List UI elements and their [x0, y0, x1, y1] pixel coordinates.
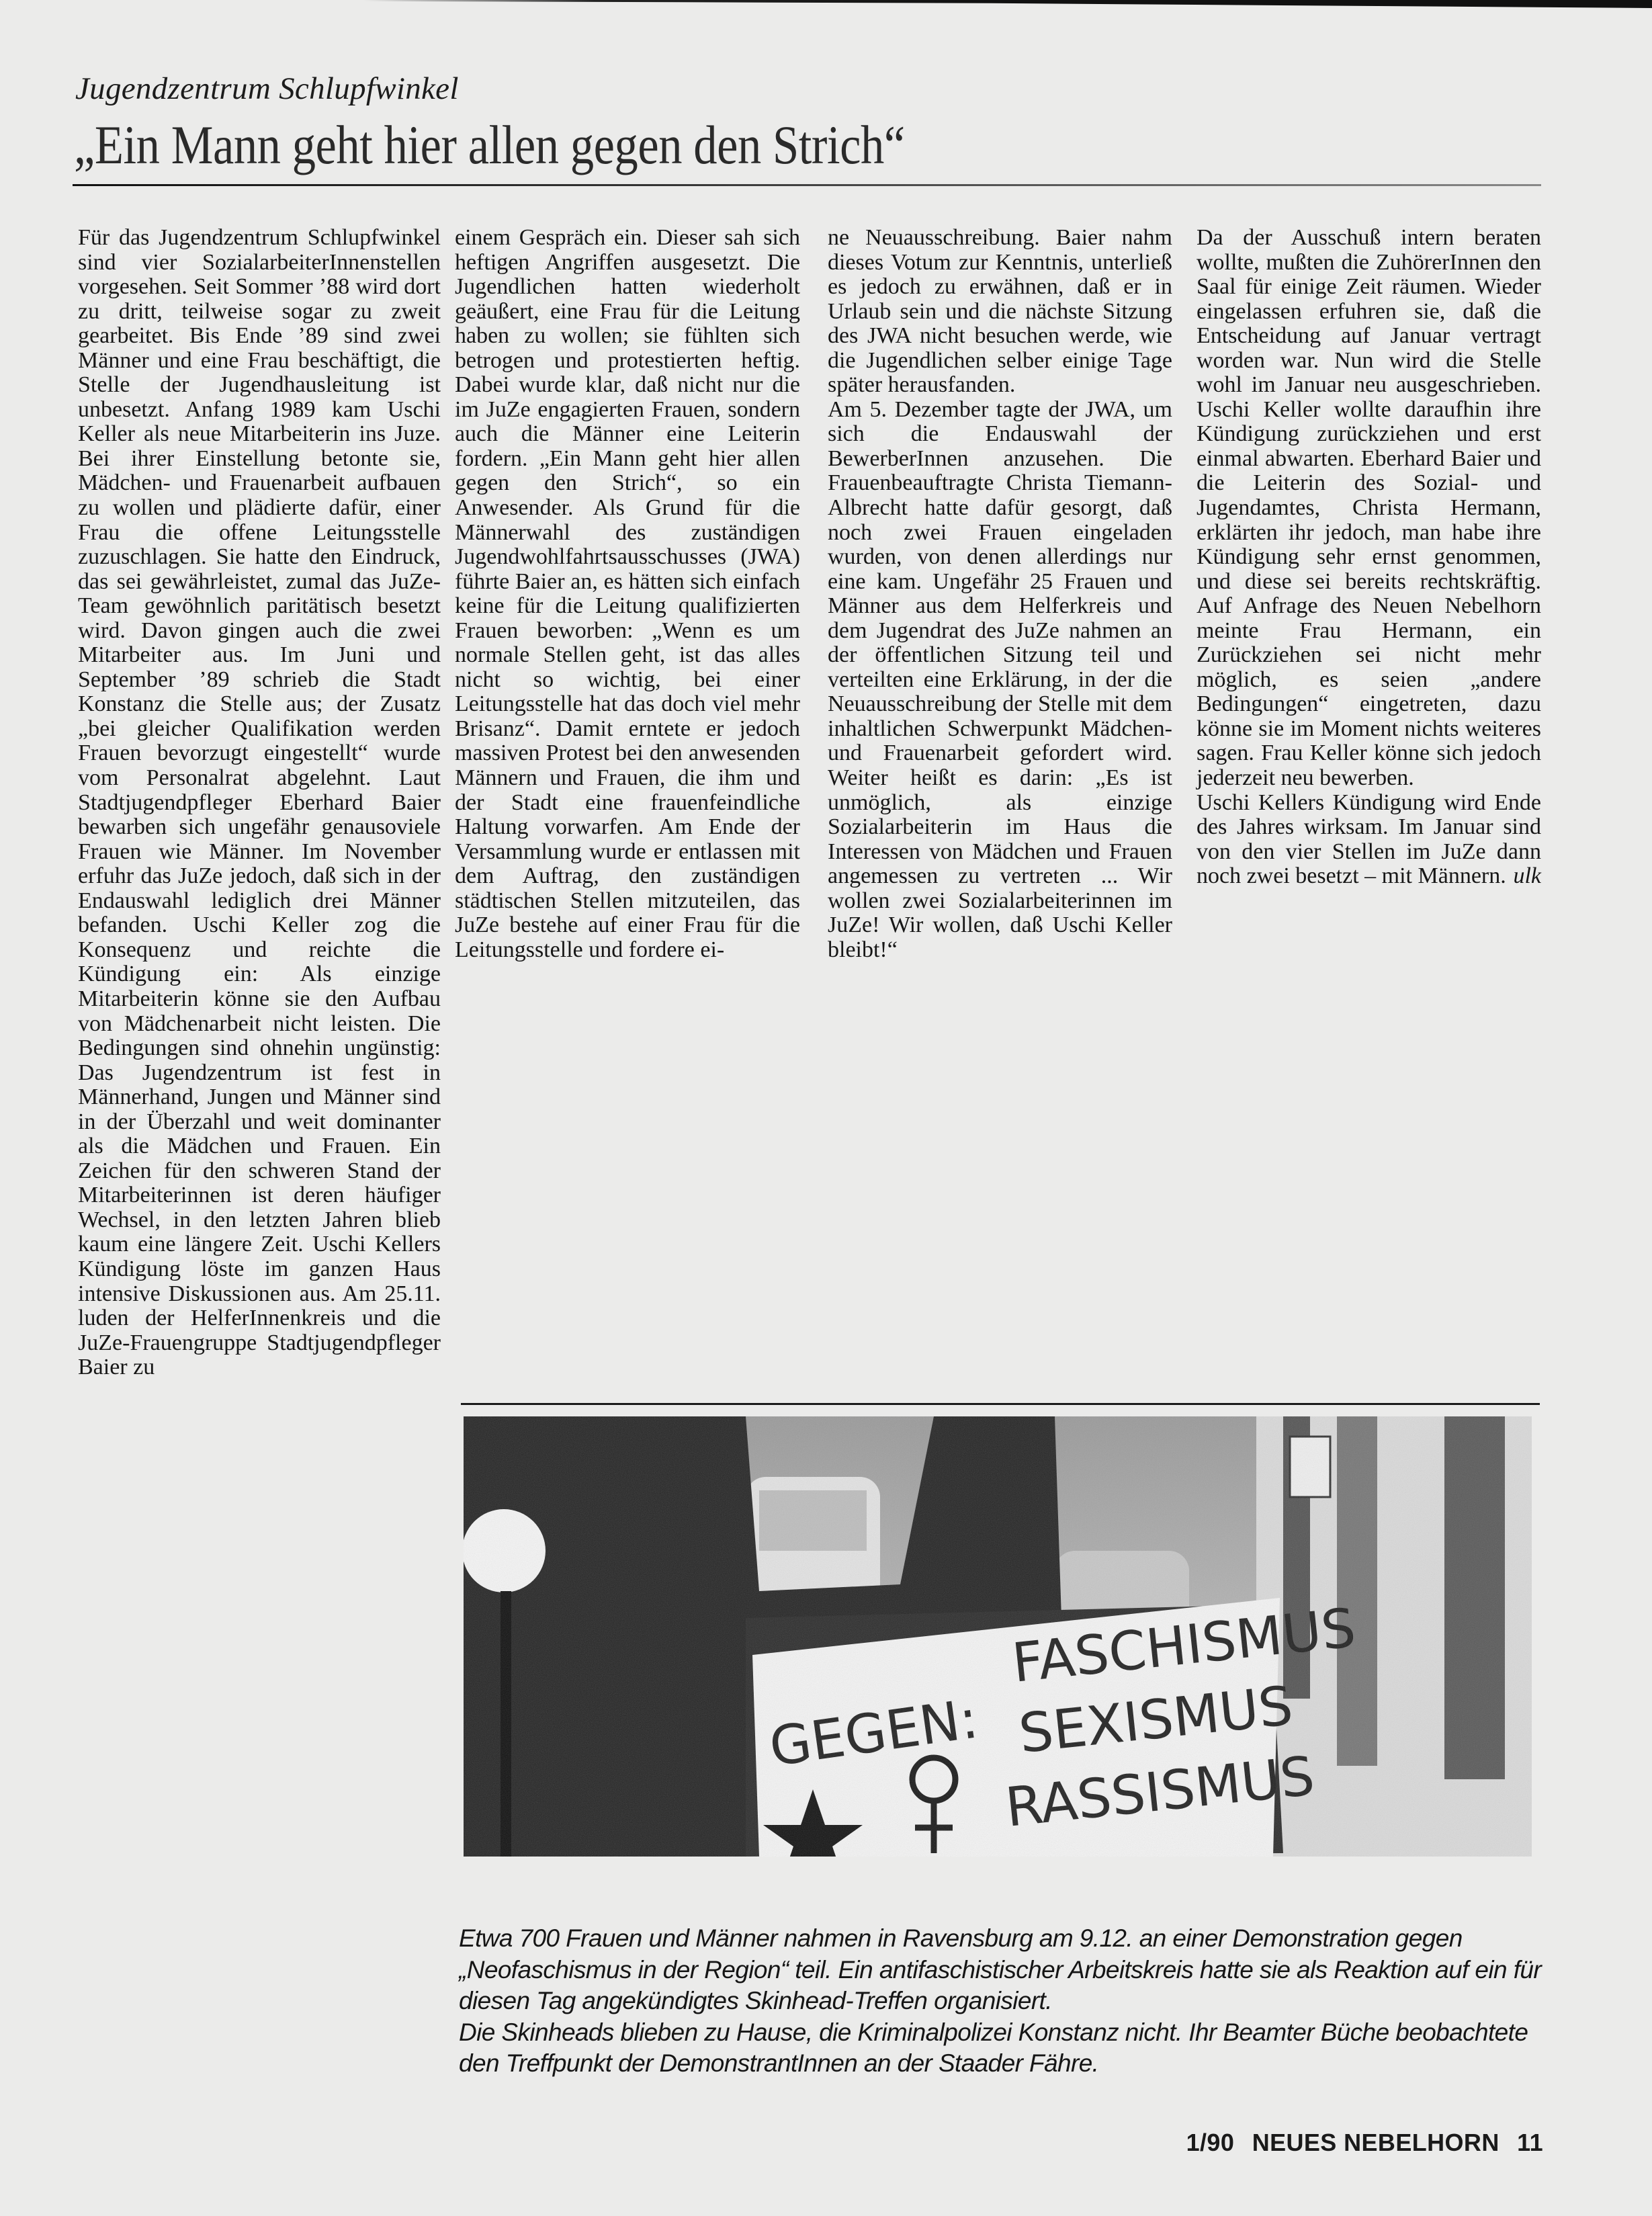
text-column-1: Für das Jugendzentrum Schlupfwinkel sind…: [78, 226, 441, 1380]
paragraph: Uschi Kellers Kündigung wird Ende des Ja…: [1197, 791, 1541, 889]
photo-rule: [461, 1403, 1540, 1405]
caption-line: Etwa 700 Frauen und Männer nahmen in Rav…: [459, 1923, 1542, 2017]
author-byline: ulk: [1513, 864, 1541, 889]
paragraph: ne Neuausschreibung. Baier nahm dieses V…: [828, 226, 1172, 398]
paragraph: einem Gespräch ein. Dieser sah sich heft…: [455, 226, 800, 962]
paragraph: Für das Jugendzentrum Schlupfwinkel sind…: [78, 226, 441, 1380]
paragraph: Da der Ausschuß intern beraten wollte, m…: [1197, 226, 1541, 791]
scan-edge-shadow: [0, 0, 1652, 8]
demonstration-photo: GEGEN: FASCHISMUS SEXISMUS RASSISMUS: [464, 1416, 1532, 1857]
article-kicker: Jugendzentrum Schlupfwinkel: [75, 71, 459, 107]
issue-number: 1/90: [1186, 2129, 1235, 2156]
paragraph: Am 5. Dezember tagte der JWA, um sich di…: [828, 398, 1172, 963]
paragraph-text: Uschi Kellers Kündigung wird Ende des Ja…: [1197, 790, 1541, 889]
page-number: 11: [1517, 2129, 1543, 2156]
text-column-4: Da der Ausschuß intern beraten wollte, m…: [1197, 226, 1541, 889]
text-column-2: einem Gespräch ein. Dieser sah sich heft…: [455, 226, 800, 962]
publication-name: NEUES NEBELHORN: [1252, 2129, 1499, 2156]
headline-rule: [73, 184, 1541, 186]
text-column-3: ne Neuausschreibung. Baier nahm dieses V…: [828, 226, 1172, 962]
article-headline: „Ein Mann geht hier allen gegen den Stri…: [74, 118, 905, 173]
photo-caption: Etwa 700 Frauen und Männer nahmen in Rav…: [459, 1923, 1542, 2080]
caption-line: Die Skinheads blieben zu Hause, die Krim…: [459, 2017, 1542, 2080]
page-footer: 1/90 NEUES NEBELHORN 11: [1186, 2129, 1543, 2157]
